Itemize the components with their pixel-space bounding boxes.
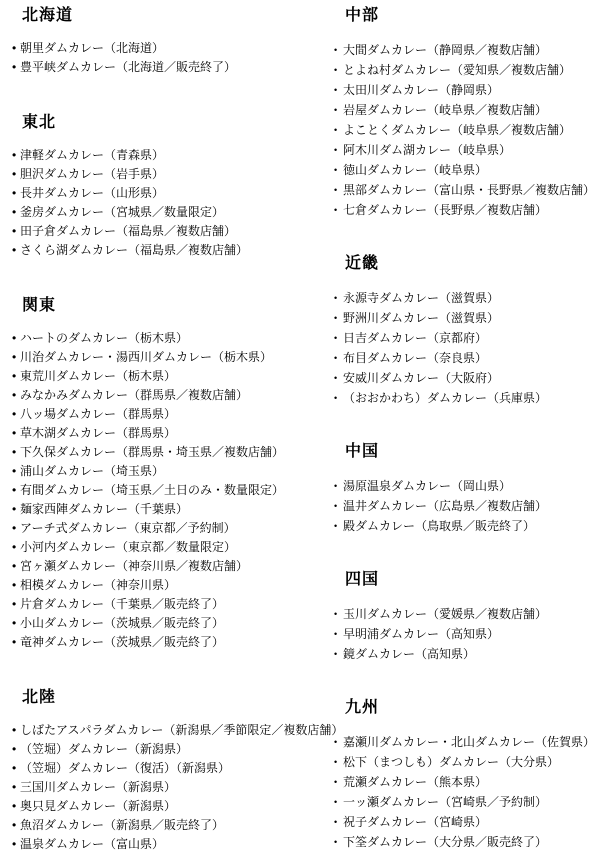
region-section-chubu: 中部•大間ダムカレー（静岡県／複数店舗）•とよね村ダムカレー（愛知県／複数店舗）… <box>334 6 604 220</box>
region-list-kanto: •ハートのダムカレー（栃木県）•川治ダムカレー・湯西川ダムカレー（栃木県）•東荒… <box>12 329 307 652</box>
item-label: 七倉ダムカレー（長野県／複数店舗） <box>343 203 547 217</box>
list-item: •玉川ダムカレー（愛媛県／複数店舗） <box>334 604 604 624</box>
list-item: •永源寺ダムカレー（滋賀県） <box>334 288 604 308</box>
bullet-icon: • <box>12 538 20 557</box>
bullet-icon: • <box>334 772 343 792</box>
bullet-icon: • <box>12 184 20 203</box>
item-label: （笠堀）ダムカレー（新潟県） <box>20 742 188 756</box>
region-heading-hokkaido: 北海道 <box>22 6 307 25</box>
item-label: 三国川ダムカレー（新潟県） <box>20 780 176 794</box>
bullet-icon: • <box>12 740 20 759</box>
list-item: •長井ダムカレー（山形県） <box>12 184 307 203</box>
list-item: •（笠堀）ダムカレー（新潟県） <box>12 740 307 759</box>
bullet-icon: • <box>334 732 343 752</box>
list-item: •鏡ダムカレー（高知県） <box>334 644 604 664</box>
region-list-shikoku: •玉川ダムカレー（愛媛県／複数店舗）•早明浦ダムカレー（高知県）•鏡ダムカレー（… <box>334 604 604 664</box>
bullet-icon: • <box>334 516 343 536</box>
region-heading-kinki: 近畿 <box>345 254 604 273</box>
list-item: •一ッ瀬ダムカレー（宮崎県／予約制） <box>334 792 604 812</box>
list-item: •みなかみダムカレー（群馬県／複数店舗） <box>12 386 307 405</box>
region-list-hokkaido: •朝里ダムカレー（北海道）•豊平峡ダムカレー（北海道／販売終了） <box>12 39 307 77</box>
region-list-kinki: •永源寺ダムカレー（滋賀県）•野洲川ダムカレー（滋賀県）•日吉ダムカレー（京都府… <box>334 288 604 408</box>
list-item: •魚沼ダムカレー（新潟県／販売終了） <box>12 816 307 835</box>
item-label: みなかみダムカレー（群馬県／複数店舗） <box>20 388 248 402</box>
item-label: 徳山ダムカレー（岐阜県） <box>343 163 487 177</box>
list-item: •松下（まつしも）ダムカレー（大分県） <box>334 752 604 772</box>
bullet-icon: • <box>334 120 343 140</box>
item-label: 釜房ダムカレー（宮城県／数量限定） <box>20 205 224 219</box>
item-label: 阿木川ダム湖カレー（岐阜県） <box>343 143 511 157</box>
item-label: 魚沼ダムカレー（新潟県／販売終了） <box>20 818 224 832</box>
item-label: しばたアスパラダムカレー（新潟県／季節限定／複数店舗） <box>20 723 343 737</box>
region-section-chugoku: 中国•湯原温泉ダムカレー（岡山県）•温井ダムカレー（広島県／複数店舗）•殿ダムカ… <box>334 442 604 536</box>
list-item: •有間ダムカレー（埼玉県／土日のみ・数量限定） <box>12 481 307 500</box>
bullet-icon: • <box>334 80 343 100</box>
item-label: 東荒川ダムカレー（栃木県） <box>20 369 176 383</box>
item-label: 小山ダムカレー（茨城県／販売終了） <box>20 616 224 630</box>
region-list-chubu: •大間ダムカレー（静岡県／複数店舗）•とよね村ダムカレー（愛知県／複数店舗）•太… <box>334 40 604 220</box>
item-label: 鏡ダムカレー（高知県） <box>343 647 475 661</box>
list-item: •七倉ダムカレー（長野県／複数店舗） <box>334 200 604 220</box>
list-item: •三国川ダムカレー（新潟県） <box>12 778 307 797</box>
bullet-icon: • <box>12 367 20 386</box>
list-item: •嘉瀬川ダムカレー・北山ダムカレー（佐賀県） <box>334 732 604 752</box>
bullet-icon: • <box>12 519 20 538</box>
bullet-icon: • <box>334 496 343 516</box>
list-item: •荒瀬ダムカレー（熊本県） <box>334 772 604 792</box>
item-label: 松下（まつしも）ダムカレー（大分県） <box>343 755 559 769</box>
item-label: 八ッ場ダムカレー（群馬県） <box>20 407 176 421</box>
bullet-icon: • <box>12 386 20 405</box>
item-label: 安威川ダムカレー（大阪府） <box>343 371 499 385</box>
bullet-icon: • <box>12 146 20 165</box>
item-label: 祝子ダムカレー（宮崎県） <box>343 815 487 829</box>
bullet-icon: • <box>12 443 20 462</box>
list-item: •徳山ダムカレー（岐阜県） <box>334 160 604 180</box>
bullet-icon: • <box>12 329 20 348</box>
item-label: 胆沢ダムカレー（岩手県） <box>20 167 164 181</box>
list-item: •アーチ式ダムカレー（東京都／予約制） <box>12 519 307 538</box>
bullet-icon: • <box>12 633 20 652</box>
list-item: •川治ダムカレー・湯西川ダムカレー（栃木県） <box>12 348 307 367</box>
item-label: 竜神ダムカレー（茨城県／販売終了） <box>20 635 224 649</box>
item-label: 一ッ瀬ダムカレー（宮崎県／予約制） <box>343 795 547 809</box>
list-item: •田子倉ダムカレー（福島県／複数店舗） <box>12 222 307 241</box>
bullet-icon: • <box>334 308 343 328</box>
item-label: 小河内ダムカレー（東京都／数量限定） <box>20 540 236 554</box>
bullet-icon: • <box>334 644 343 664</box>
list-item: •麺家西陣ダムカレー（千葉県） <box>12 500 307 519</box>
bullet-icon: • <box>12 797 20 816</box>
region-list-chugoku: •湯原温泉ダムカレー（岡山県）•温井ダムカレー（広島県／複数店舗）•殿ダムカレー… <box>334 476 604 536</box>
region-section-kinki: 近畿•永源寺ダムカレー（滋賀県）•野洲川ダムカレー（滋賀県）•日吉ダムカレー（京… <box>334 254 604 408</box>
list-item: •岩屋ダムカレー（岐阜県／複数店舗） <box>334 100 604 120</box>
bullet-icon: • <box>12 58 20 77</box>
item-label: 下久保ダムカレー（群馬県・埼玉県／複数店舗） <box>20 445 284 459</box>
bullet-icon: • <box>12 203 20 222</box>
item-label: 有間ダムカレー（埼玉県／土日のみ・数量限定） <box>20 483 284 497</box>
item-label: 田子倉ダムカレー（福島県／複数店舗） <box>20 224 236 238</box>
list-item: •津軽ダムカレー（青森県） <box>12 146 307 165</box>
region-section-tohoku: 東北•津軽ダムカレー（青森県）•胆沢ダムカレー（岩手県）•長井ダムカレー（山形県… <box>12 113 307 260</box>
list-item: •湯原温泉ダムカレー（岡山県） <box>334 476 604 496</box>
item-label: 相模ダムカレー（神奈川県） <box>20 578 176 592</box>
list-item: •小河内ダムカレー（東京都／数量限定） <box>12 538 307 557</box>
item-label: 早明浦ダムカレー（高知県） <box>343 627 499 641</box>
item-label: 岩屋ダムカレー（岐阜県／複数店舗） <box>343 103 547 117</box>
bullet-icon: • <box>12 500 20 519</box>
list-item: •太田川ダムカレー（静岡県） <box>334 80 604 100</box>
item-label: 長井ダムカレー（山形県） <box>20 186 164 200</box>
bullet-icon: • <box>12 759 20 778</box>
list-item: •しばたアスパラダムカレー（新潟県／季節限定／複数店舗） <box>12 721 307 740</box>
bullet-icon: • <box>12 576 20 595</box>
region-heading-chubu: 中部 <box>345 6 604 25</box>
bullet-icon: • <box>334 328 343 348</box>
right-column: 中部•大間ダムカレー（静岡県／複数店舗）•とよね村ダムカレー（愛知県／複数店舗）… <box>334 0 604 852</box>
bullet-icon: • <box>334 604 343 624</box>
list-item: •野洲川ダムカレー（滋賀県） <box>334 308 604 328</box>
bullet-icon: • <box>12 816 20 835</box>
list-item: •宮ヶ瀬ダムカレー（神奈川県／複数店舗） <box>12 557 307 576</box>
list-item: •温泉ダムカレー（富山県） <box>12 835 307 854</box>
list-item: •温井ダムカレー（広島県／複数店舗） <box>334 496 604 516</box>
item-label: 草木湖ダムカレー（群馬県） <box>20 426 176 440</box>
bullet-icon: • <box>334 160 343 180</box>
region-heading-kyushu: 九州 <box>345 698 604 717</box>
bullet-icon: • <box>334 140 343 160</box>
list-item: •朝里ダムカレー（北海道） <box>12 39 307 58</box>
item-label: 太田川ダムカレー（静岡県） <box>343 83 499 97</box>
item-label: 湯原温泉ダムカレー（岡山県） <box>343 479 511 493</box>
list-item: •釜房ダムカレー（宮城県／数量限定） <box>12 203 307 222</box>
bullet-icon: • <box>334 100 343 120</box>
list-item: •八ッ場ダムカレー（群馬県） <box>12 405 307 424</box>
bullet-icon: • <box>334 180 343 200</box>
item-label: よことくダムカレー（岐阜県／複数店舗） <box>343 123 571 137</box>
list-item: •阿木川ダム湖カレー（岐阜県） <box>334 140 604 160</box>
region-heading-tohoku: 東北 <box>22 113 307 132</box>
region-section-kyushu: 九州•嘉瀬川ダムカレー・北山ダムカレー（佐賀県）•松下（まつしも）ダムカレー（大… <box>334 698 604 852</box>
list-item: •ハートのダムカレー（栃木県） <box>12 329 307 348</box>
region-section-kanto: 関東•ハートのダムカレー（栃木県）•川治ダムカレー・湯西川ダムカレー（栃木県）•… <box>12 296 307 652</box>
bullet-icon: • <box>12 557 20 576</box>
bullet-icon: • <box>334 40 343 60</box>
bullet-icon: • <box>12 778 20 797</box>
list-item: •大間ダムカレー（静岡県／複数店舗） <box>334 40 604 60</box>
item-label: 殿ダムカレー（鳥取県／販売終了） <box>343 519 535 533</box>
list-item: •殿ダムカレー（鳥取県／販売終了） <box>334 516 604 536</box>
item-label: 豊平峡ダムカレー（北海道／販売終了） <box>20 60 236 74</box>
list-item: •安威川ダムカレー（大阪府） <box>334 368 604 388</box>
region-section-hokkaido: 北海道•朝里ダムカレー（北海道）•豊平峡ダムカレー（北海道／販売終了） <box>12 6 307 77</box>
bullet-icon: • <box>334 388 343 408</box>
list-item: •とよね村ダムカレー（愛知県／複数店舗） <box>334 60 604 80</box>
item-label: 片倉ダムカレー（千葉県／販売終了） <box>20 597 224 611</box>
region-heading-chugoku: 中国 <box>345 442 604 461</box>
region-heading-kanto: 関東 <box>22 296 307 315</box>
item-label: 温井ダムカレー（広島県／複数店舗） <box>343 499 547 513</box>
left-column: 北海道•朝里ダムカレー（北海道）•豊平峡ダムカレー（北海道／販売終了）東北•津軽… <box>12 0 307 854</box>
bullet-icon: • <box>334 368 343 388</box>
list-item: •浦山ダムカレー（埼玉県） <box>12 462 307 481</box>
item-label: 下筌ダムカレー（大分県／販売終了） <box>343 835 547 849</box>
bullet-icon: • <box>334 832 343 852</box>
item-label: 麺家西陣ダムカレー（千葉県） <box>20 502 188 516</box>
item-label: 日吉ダムカレー（京都府） <box>343 331 487 345</box>
list-item: •東荒川ダムカレー（栃木県） <box>12 367 307 386</box>
list-item: •よことくダムカレー（岐阜県／複数店舗） <box>334 120 604 140</box>
list-item: •早明浦ダムカレー（高知県） <box>334 624 604 644</box>
bullet-icon: • <box>334 476 343 496</box>
item-label: さくら湖ダムカレー（福島県／複数店舗） <box>20 243 248 257</box>
bullet-icon: • <box>334 792 343 812</box>
bullet-icon: • <box>12 462 20 481</box>
bullet-icon: • <box>12 424 20 443</box>
item-label: とよね村ダムカレー（愛知県／複数店舗） <box>343 63 571 77</box>
list-item: •祝子ダムカレー（宮崎県） <box>334 812 604 832</box>
region-list-hokuriku: •しばたアスパラダムカレー（新潟県／季節限定／複数店舗）•（笠堀）ダムカレー（新… <box>12 721 307 854</box>
list-item: •竜神ダムカレー（茨城県／販売終了） <box>12 633 307 652</box>
list-item: •下久保ダムカレー（群馬県・埼玉県／複数店舗） <box>12 443 307 462</box>
region-section-hokuriku: 北陸•しばたアスパラダムカレー（新潟県／季節限定／複数店舗）•（笠堀）ダムカレー… <box>12 688 307 854</box>
bullet-icon: • <box>334 60 343 80</box>
item-label: （笠堀）ダムカレー（復活）（新潟県） <box>20 761 230 775</box>
item-label: 大間ダムカレー（静岡県／複数店舗） <box>343 43 547 57</box>
list-item: •小山ダムカレー（茨城県／販売終了） <box>12 614 307 633</box>
list-item: •相模ダムカレー（神奈川県） <box>12 576 307 595</box>
bullet-icon: • <box>12 721 20 740</box>
list-item: •豊平峡ダムカレー（北海道／販売終了） <box>12 58 307 77</box>
list-item: •片倉ダムカレー（千葉県／販売終了） <box>12 595 307 614</box>
item-label: 野洲川ダムカレー（滋賀県） <box>343 311 499 325</box>
item-label: 荒瀬ダムカレー（熊本県） <box>343 775 487 789</box>
bullet-icon: • <box>334 624 343 644</box>
list-item: •胆沢ダムカレー（岩手県） <box>12 165 307 184</box>
bullet-icon: • <box>12 39 20 58</box>
item-label: 津軽ダムカレー（青森県） <box>20 148 164 162</box>
region-list-kyushu: •嘉瀬川ダムカレー・北山ダムカレー（佐賀県）•松下（まつしも）ダムカレー（大分県… <box>334 732 604 852</box>
item-label: 黒部ダムカレー（富山県・長野県／複数店舗） <box>343 183 595 197</box>
item-label: 嘉瀬川ダムカレー・北山ダムカレー（佐賀県） <box>343 735 595 749</box>
bullet-icon: • <box>12 614 20 633</box>
bullet-icon: • <box>12 405 20 424</box>
list-item: •日吉ダムカレー（京都府） <box>334 328 604 348</box>
bullet-icon: • <box>334 812 343 832</box>
bullet-icon: • <box>12 481 20 500</box>
list-item: •奥只見ダムカレー（新潟県） <box>12 797 307 816</box>
bullet-icon: • <box>12 595 20 614</box>
item-label: ハートのダムカレー（栃木県） <box>20 331 188 345</box>
region-section-shikoku: 四国•玉川ダムカレー（愛媛県／複数店舗）•早明浦ダムカレー（高知県）•鏡ダムカレ… <box>334 570 604 664</box>
item-label: 奥只見ダムカレー（新潟県） <box>20 799 176 813</box>
item-label: 浦山ダムカレー（埼玉県） <box>20 464 164 478</box>
bullet-icon: • <box>12 222 20 241</box>
list-item: •草木湖ダムカレー（群馬県） <box>12 424 307 443</box>
list-item: •（笠堀）ダムカレー（復活）（新潟県） <box>12 759 307 778</box>
region-heading-shikoku: 四国 <box>345 570 604 589</box>
item-label: アーチ式ダムカレー（東京都／予約制） <box>20 521 236 535</box>
bullet-icon: • <box>334 288 343 308</box>
item-label: 布目ダムカレー（奈良県） <box>343 351 487 365</box>
bullet-icon: • <box>334 348 343 368</box>
list-item: •さくら湖ダムカレー（福島県／複数店舗） <box>12 241 307 260</box>
bullet-icon: • <box>334 752 343 772</box>
list-item: •（おおかわち）ダムカレー（兵庫県） <box>334 388 604 408</box>
bullet-icon: • <box>334 200 343 220</box>
item-label: 川治ダムカレー・湯西川ダムカレー（栃木県） <box>20 350 272 364</box>
item-label: 永源寺ダムカレー（滋賀県） <box>343 291 499 305</box>
bullet-icon: • <box>12 835 20 854</box>
list-item: •布目ダムカレー（奈良県） <box>334 348 604 368</box>
item-label: 玉川ダムカレー（愛媛県／複数店舗） <box>343 607 547 621</box>
region-heading-hokuriku: 北陸 <box>22 688 307 707</box>
item-label: 宮ヶ瀬ダムカレー（神奈川県／複数店舗） <box>20 559 248 573</box>
bullet-icon: • <box>12 165 20 184</box>
list-item: •黒部ダムカレー（富山県・長野県／複数店舗） <box>334 180 604 200</box>
item-label: （おおかわち）ダムカレー（兵庫県） <box>343 391 547 405</box>
bullet-icon: • <box>12 241 20 260</box>
bullet-icon: • <box>12 348 20 367</box>
item-label: 朝里ダムカレー（北海道） <box>20 41 164 55</box>
list-item: •下筌ダムカレー（大分県／販売終了） <box>334 832 604 852</box>
item-label: 温泉ダムカレー（富山県） <box>20 837 164 851</box>
region-list-tohoku: •津軽ダムカレー（青森県）•胆沢ダムカレー（岩手県）•長井ダムカレー（山形県）•… <box>12 146 307 260</box>
